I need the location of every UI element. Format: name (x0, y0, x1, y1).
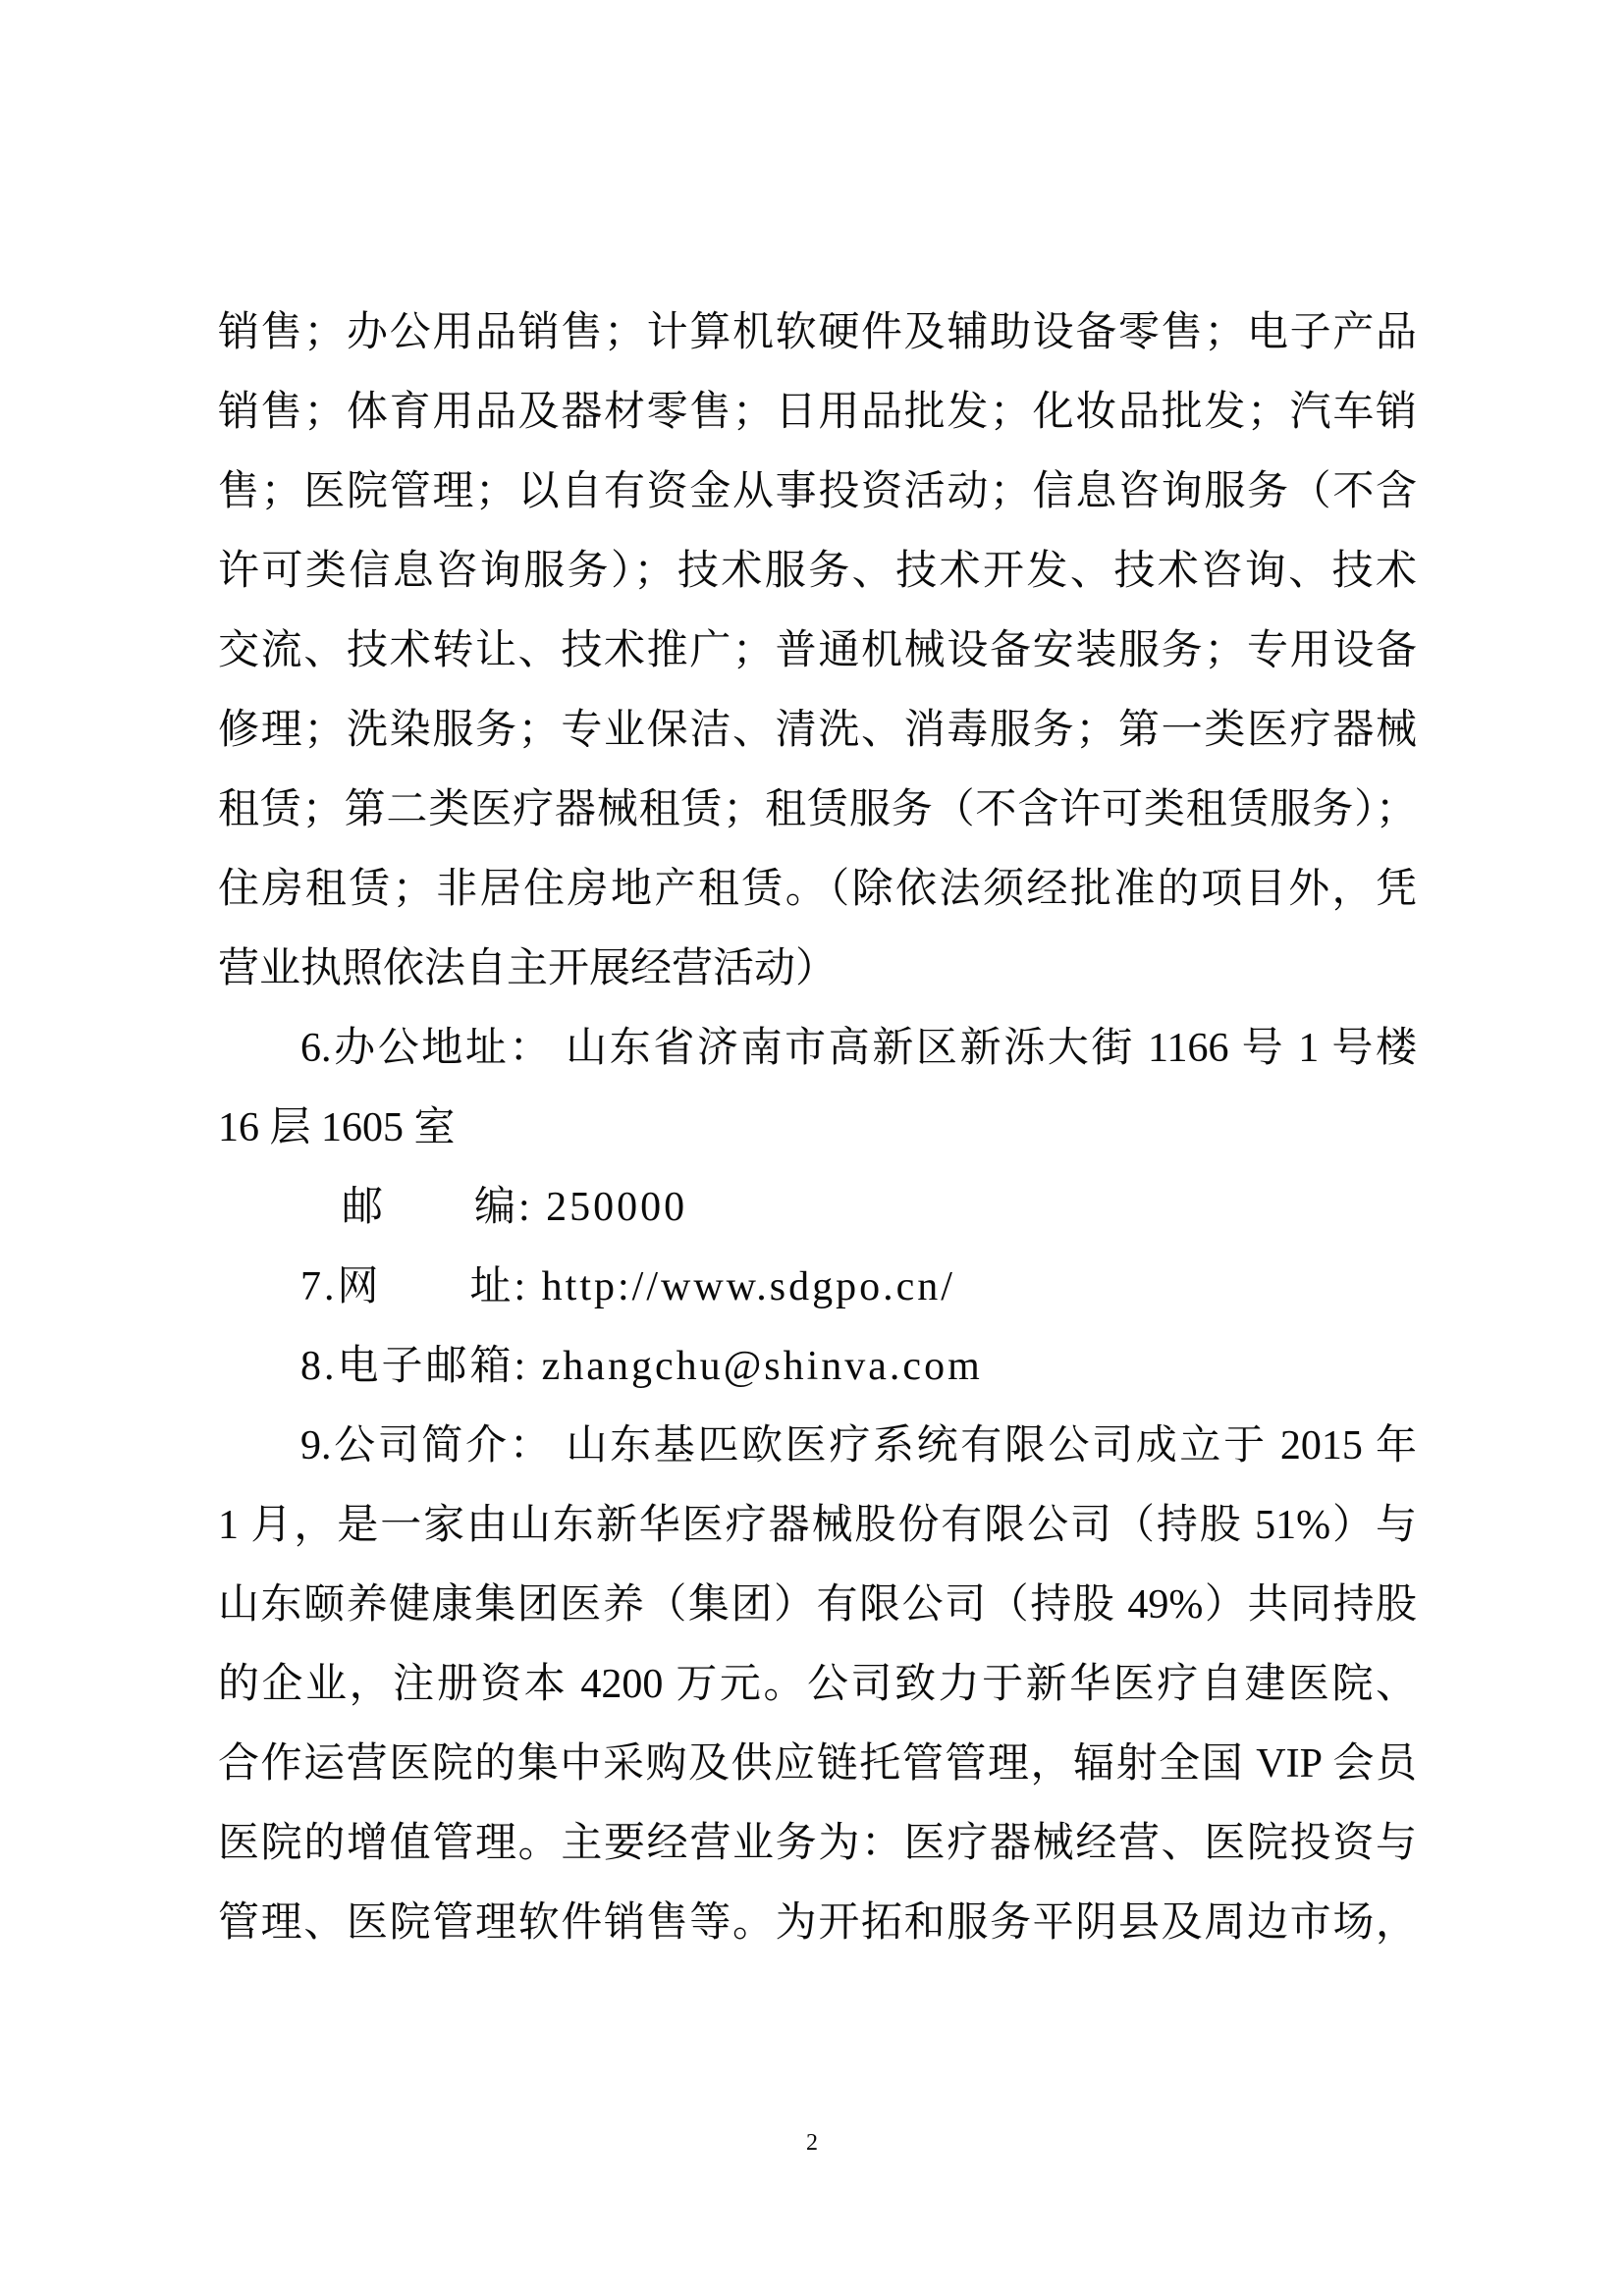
text-line-company-profile-4: 的企业，注册资本 4200 万元。公司致力于新华医疗自建医院、 (218, 1645, 1417, 1725)
text-line-office-address-cont: 16 层 1605 室 (218, 1089, 1417, 1168)
text-line-business-scope-1: 销售；办公用品销售；计算机软硬件及辅助设备零售；电子产品 (218, 294, 1417, 373)
text-line-company-profile-5: 合作运营医院的集中采购及供应链托管管理，辐射全国 VIP 会员 (218, 1725, 1417, 1804)
text-line-email: 8.电子邮箱: zhangchu@shinva.com (218, 1327, 1417, 1407)
document-page: 销售；办公用品销售；计算机软硬件及辅助设备零售；电子产品 销售；体育用品及器材零… (0, 0, 1624, 2296)
text-line-company-profile-3: 山东颐养健康集团医养（集团）有限公司（持股 49%）共同持股 (218, 1566, 1417, 1645)
text-line-postal-code: 邮 编: 250000 (218, 1168, 1417, 1248)
text-line-business-scope-4: 许可类信息咨询服务）；技术服务、技术开发、技术咨询、技术 (218, 532, 1417, 612)
text-line-business-scope-2: 销售；体育用品及器材零售；日用品批发；化妆品批发；汽车销 (218, 373, 1417, 453)
text-line-business-scope-5: 交流、技术转让、技术推广；普通机械设备安装服务；专用设备 (218, 612, 1417, 691)
text-line-company-profile-1: 9.公司简介： 山东基匹欧医疗系统有限公司成立于 2015 年 (218, 1407, 1417, 1486)
text-line-company-profile-2: 1 月，是一家由山东新华医疗器械股份有限公司（持股 51%）与 (218, 1486, 1417, 1566)
document-body: 销售；办公用品销售；计算机软硬件及辅助设备零售；电子产品 销售；体育用品及器材零… (218, 294, 1417, 1963)
text-line-business-scope-8: 住房租赁；非居住房地产租赁。（除依法须经批准的项目外，凭 (218, 850, 1417, 930)
text-line-office-address: 6.办公地址： 山东省济南市高新区新泺大街 1166 号 1 号楼 (218, 1009, 1417, 1089)
text-line-business-scope-7: 租赁；第二类医疗器械租赁；租赁服务（不含许可类租赁服务）； (218, 771, 1417, 850)
text-line-company-profile-6: 医院的增值管理。主要经营业务为：医疗器械经营、医院投资与 (218, 1804, 1417, 1884)
text-line-business-scope-3: 售；医院管理；以自有资金从事投资活动；信息咨询服务（不含 (218, 453, 1417, 532)
page-number: 2 (0, 2128, 1624, 2158)
text-line-business-scope-9: 营业执照依法自主开展经营活动） (218, 930, 1417, 1009)
text-line-website: 7.网 址: http://www.sdgpo.cn/ (218, 1248, 1417, 1327)
text-line-business-scope-6: 修理；洗染服务；专业保洁、清洗、消毒服务；第一类医疗器械 (218, 691, 1417, 771)
text-line-company-profile-7: 管理、医院管理软件销售等。为开拓和服务平阴县及周边市场， (218, 1884, 1417, 1963)
